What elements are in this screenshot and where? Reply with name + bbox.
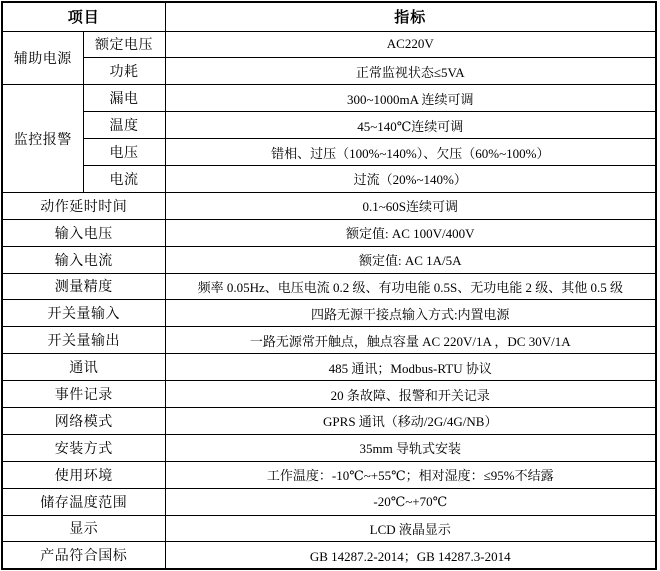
spec-label: 动作延时时间 (2, 192, 165, 219)
spec-label: 安装方式 (2, 434, 165, 461)
spec-label: 事件记录 (2, 381, 165, 408)
row-display: 显示 LCD 液晶显示 (2, 515, 656, 542)
spec-label: 开关量输入 (2, 300, 165, 327)
row-event-record: 事件记录 20 条故障、报警和开关记录 (2, 381, 656, 408)
spec-value: 额定值: AC 100V/400V (165, 219, 656, 246)
spec-label: 使用环境 (2, 461, 165, 488)
spec-label: 通讯 (2, 354, 165, 381)
group-label-monitoring-alarm: 监控报警 (2, 85, 83, 193)
spec-label: 温度 (83, 112, 165, 139)
row-national-standard: 产品符合国标 GB 14287.2-2014；GB 14287.3-2014 (2, 542, 656, 569)
spec-value: GB 14287.2-2014；GB 14287.3-2014 (165, 542, 656, 569)
spec-label: 功耗 (83, 58, 165, 85)
row-input-voltage: 输入电压 额定值: AC 100V/400V (2, 219, 656, 246)
spec-value: 错相、过压（100%~140%）、欠压（60%~100%） (165, 139, 656, 166)
spec-value: GPRS 通讯（移动/2G/4G/NB） (165, 407, 656, 434)
spec-label: 产品符合国标 (2, 542, 165, 569)
row-temperature: 温度 45~140℃连续可调 (2, 112, 656, 139)
spec-value: AC220V (165, 31, 656, 58)
spec-value: 额定值: AC 1A/5A (165, 246, 656, 273)
spec-label: 显示 (2, 515, 165, 542)
row-power-consumption: 功耗 正常监视状态≤5VA (2, 58, 656, 85)
row-switch-input: 开关量输入 四路无源干接点输入方式:内置电源 (2, 300, 656, 327)
spec-label: 额定电压 (83, 31, 165, 58)
spec-value: 300~1000mA 连续可调 (165, 85, 656, 112)
row-action-delay-time: 动作延时时间 0.1~60S连续可调 (2, 192, 656, 219)
spec-value: 20 条故障、报警和开关记录 (165, 381, 656, 408)
row-installation-method: 安装方式 35mm 导轨式安装 (2, 434, 656, 461)
row-operating-environment: 使用环境 工作温度：-10℃~+55℃；相对湿度：≤95%不结露 (2, 461, 656, 488)
row-input-current: 输入电流 额定值: AC 1A/5A (2, 246, 656, 273)
spec-label: 储存温度范围 (2, 488, 165, 515)
row-storage-temperature-range: 储存温度范围 -20℃~+70℃ (2, 488, 656, 515)
spec-value: 45~140℃连续可调 (165, 112, 656, 139)
spec-label: 网络模式 (2, 407, 165, 434)
row-voltage: 电压 错相、过压（100%~140%）、欠压（60%~100%） (2, 139, 656, 166)
spec-value: 频率 0.05Hz、电压电流 0.2 级、有功电能 0.5S、无功电能 2 级、… (165, 273, 656, 300)
spec-value: -20℃~+70℃ (165, 488, 656, 515)
row-rated-voltage: 辅助电源 额定电压 AC220V (2, 31, 656, 58)
spec-label: 电流 (83, 165, 165, 192)
row-switch-output: 开关量输出 一路无源常开触点，触点容量 AC 220V/1A ，DC 30V/1… (2, 327, 656, 354)
header-row: 项目 指标 (2, 2, 656, 31)
spec-value: 工作温度：-10℃~+55℃；相对湿度：≤95%不结露 (165, 461, 656, 488)
row-leakage: 监控报警 漏电 300~1000mA 连续可调 (2, 85, 656, 112)
spec-label: 测量精度 (2, 273, 165, 300)
spec-value: 485 通讯；Modbus-RTU 协议 (165, 354, 656, 381)
column-header-item: 项目 (2, 2, 165, 31)
row-network-mode: 网络模式 GPRS 通讯（移动/2G/4G/NB） (2, 407, 656, 434)
row-measurement-accuracy: 测量精度 频率 0.05Hz、电压电流 0.2 级、有功电能 0.5S、无功电能… (2, 273, 656, 300)
column-header-indicator: 指标 (165, 2, 656, 31)
row-communication: 通讯 485 通讯；Modbus-RTU 协议 (2, 354, 656, 381)
group-label-auxiliary-power: 辅助电源 (2, 31, 83, 85)
spec-value: 一路无源常开触点，触点容量 AC 220V/1A ，DC 30V/1A (165, 327, 656, 354)
spec-value: 过流（20%~140%） (165, 165, 656, 192)
spec-label: 漏电 (83, 85, 165, 112)
spec-value: 四路无源干接点输入方式:内置电源 (165, 300, 656, 327)
spec-value: LCD 液晶显示 (165, 515, 656, 542)
spec-label: 输入电流 (2, 246, 165, 273)
spec-table: 项目 指标 辅助电源 额定电压 AC220V 功耗 正常监视状态≤5VA 监控报… (1, 1, 657, 570)
spec-label: 输入电压 (2, 219, 165, 246)
spec-value: 35mm 导轨式安装 (165, 434, 656, 461)
spec-value: 正常监视状态≤5VA (165, 58, 656, 85)
spec-label: 电压 (83, 139, 165, 166)
row-current: 电流 过流（20%~140%） (2, 165, 656, 192)
spec-label: 开关量输出 (2, 327, 165, 354)
spec-value: 0.1~60S连续可调 (165, 192, 656, 219)
